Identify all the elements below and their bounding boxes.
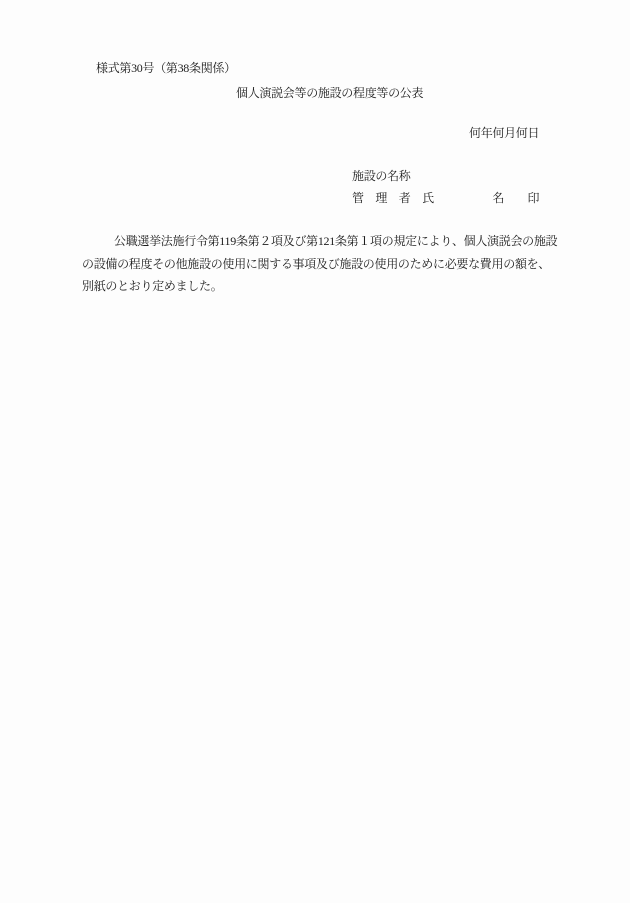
document-page: 様式第30号（第38条関係） 個人演説会等の施設の程度等の公表 何年何月何日 施… (0, 0, 630, 903)
body-line-2: の設備の程度その他施設の使用に関する事項及び施設の使用のために必要な費用の額を、 (82, 253, 568, 276)
body-paragraph: 公職選挙法施行令第119条第２項及び第121条第１項の規定により、個人演説会の施… (82, 230, 568, 298)
manager-name-seal-label: 管 理 者 氏 名 印 (352, 191, 539, 205)
body-line-3: 別紙のとおり定めました。 (82, 275, 568, 298)
date-line: 何年何月何日 (469, 126, 539, 140)
form-number: 様式第30号（第38条関係） (96, 61, 236, 75)
body-line-1: 公職選挙法施行令第119条第２項及び第121条第１項の規定により、個人演説会の施… (82, 230, 568, 253)
document-title: 個人演説会等の施設の程度等の公表 (236, 86, 423, 100)
facility-name-label: 施設の名称 (352, 169, 411, 183)
